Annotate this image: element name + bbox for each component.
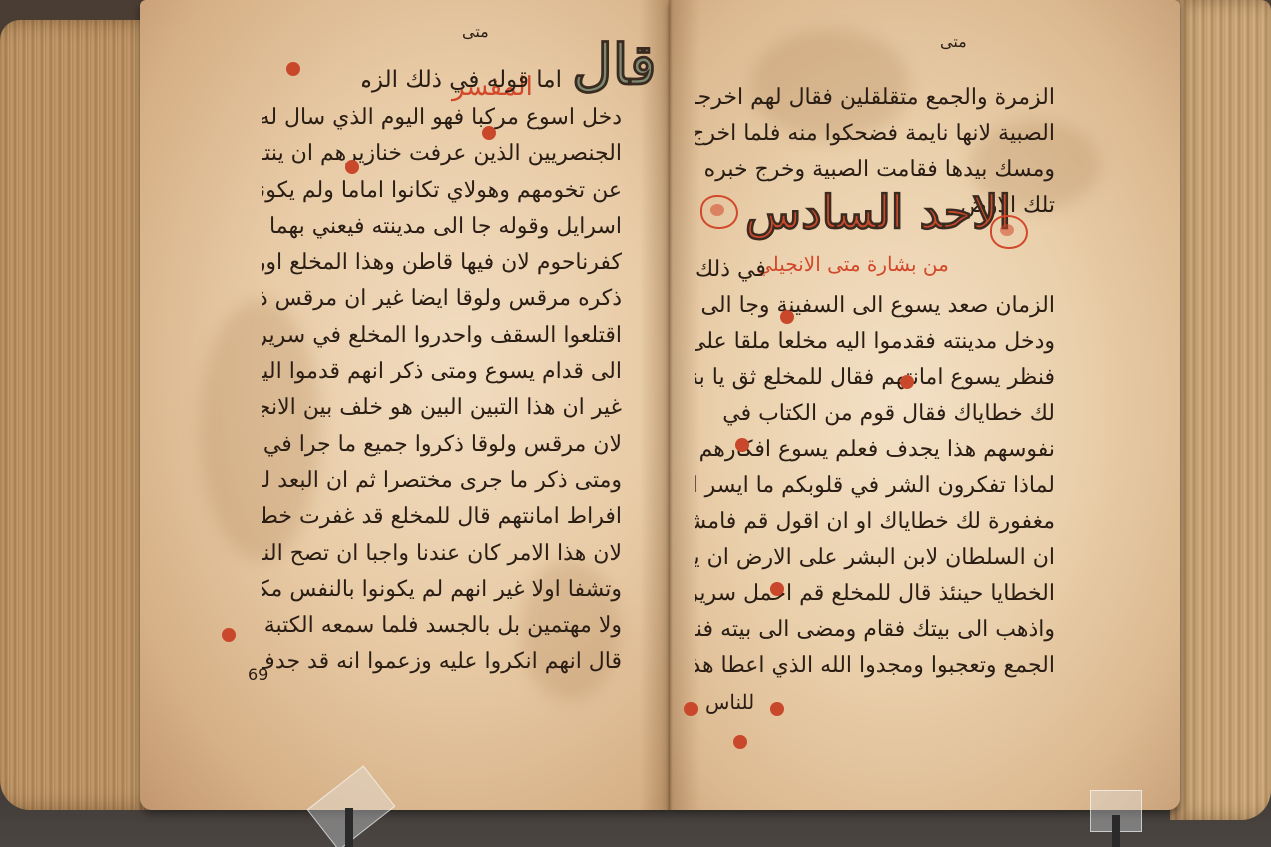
text-line: وتشفا اولا غير انهم لم يكونوا بالنفس مكت… <box>262 572 622 608</box>
text-line: ومسك بيدها فقامت الصبية وخرج خبره في جمي… <box>695 152 1055 188</box>
verse-marker <box>770 702 784 716</box>
text-line: دخل اسوع مركبا فهو اليوم الذي سال له <box>262 100 622 136</box>
text-line: لان مرقس ولوقا ذكروا جميع ما جرا في حالة <box>262 427 622 463</box>
text-line: الجنصريين الذين عرفت خنازيرهم ان ينتقل <box>262 136 622 172</box>
book-stand-post <box>1112 815 1120 847</box>
left-rubric-heading: قال <box>572 32 657 98</box>
right-text-block-bottom: في ذلك الزمان صعد يسوع الى السفينة وجا ا… <box>695 252 1055 684</box>
verse-marker <box>735 438 749 452</box>
text-line: عن تخومهم وهولاي تكانوا اماما ولم يكونوا… <box>262 173 622 209</box>
text-line: فنظر يسوع امانتهم فقال للمخلع ثق يا بني … <box>695 360 1055 396</box>
text-line: غير ان هذا التبين البين هو خلف بين الانج… <box>262 390 622 426</box>
text-line: الصبية لانها نايمة فضحكوا منه فلما اخرج … <box>695 116 1055 152</box>
text-line: ذكره مرقس ولوقا ايضا غير ان مرقس ذكروا ا… <box>262 281 622 317</box>
verse-marker <box>684 702 698 716</box>
book-page-edges-right <box>1170 0 1271 820</box>
text-line: لك خطاياك فقال قوم من الكتاب في <box>695 396 1055 432</box>
book-gutter <box>640 0 700 810</box>
text-line: ان السلطان لابن البشر على الارض ان يغفر <box>695 540 1055 576</box>
text-line: لان هذا الامر كان عندنا واجبا ان تصح الن… <box>262 536 622 572</box>
text-line: مغفورة لك خطاياك او ان اقول قم فامشي لتع… <box>695 504 1055 540</box>
text-line: قال انهم انكروا عليه وزعموا انه قد جدف غ… <box>262 644 622 680</box>
verse-marker <box>345 160 359 174</box>
left-header-word: متى <box>462 22 489 41</box>
text-line: اسرايل وقوله جا الى مدينته فيعني بهما <box>262 209 622 245</box>
footer-note: للناس <box>705 690 754 714</box>
text-line: الجمع وتعجبوا ومجدوا الله الذي اعطا هذا … <box>695 648 1055 684</box>
text-line: ودخل مدينته فقدموا اليه مخلعا ملقا على س… <box>695 324 1055 360</box>
text-line: اما قوله في ذلك الزمان <box>362 62 562 98</box>
verse-marker <box>900 375 914 389</box>
verse-marker <box>222 628 236 642</box>
book-stand-post <box>345 808 353 847</box>
text-line: في ذلك <box>695 252 1055 288</box>
right-header-word: متى <box>940 32 967 51</box>
verse-marker <box>286 62 300 76</box>
text-line: ومتى ذكر ما جرى مختصرا ثم ان البعد لما ر… <box>262 463 622 499</box>
rubric-ornament <box>990 215 1028 249</box>
right-rubric-heading: الاحد السادس <box>745 185 1011 239</box>
text-line: لماذا تفكرون الشر في قلوبكم ما ايسر ان ا… <box>695 468 1055 504</box>
text-line: نفوسهم هذا يجدف فعلم يسوع افكارهم فقال <box>695 432 1055 468</box>
verse-marker <box>733 735 747 749</box>
text-line: اقتلعوا السقف واحدروا المخلع في سرير <box>262 318 622 354</box>
photo-background: متى قال المفسر اما قوله في ذلك الزمان دخ… <box>0 0 1271 847</box>
text-line: كفرناحوم لان فيها قاطن وهذا المخلع اورد <box>262 245 622 281</box>
left-text-block-main: دخل اسوع مركبا فهو اليوم الذي سال له الج… <box>262 100 622 681</box>
verse-marker <box>770 582 784 596</box>
text-line: الى قدام يسوع ومتى ذكر انهم قدموا اليه ف… <box>262 354 622 390</box>
text-line: الخطايا حينئذ قال للمخلع قم احمل سريرك <box>695 576 1055 612</box>
page-number: 69 <box>248 665 268 684</box>
left-text-block: اما قوله في ذلك الزمان <box>262 62 562 98</box>
text-line: الزمان صعد يسوع الى السفينة وجا الى العب… <box>695 288 1055 324</box>
text-line: ولا مهتمين بل بالجسد فلما سمعه الكتبة <box>262 608 622 644</box>
verse-marker <box>482 126 496 140</box>
verse-marker <box>780 310 794 324</box>
text-line: افراط امانتهم قال للمخلع قد غفرت خطاياك <box>262 499 622 535</box>
text-line: واذهب الى بيتك فقام ومضى الى بيته فنظر <box>695 612 1055 648</box>
rubric-ornament <box>700 195 738 229</box>
text-line: الزمرة والجمع متقلقلين فقال لهم اخرجوا ا… <box>695 80 1055 116</box>
